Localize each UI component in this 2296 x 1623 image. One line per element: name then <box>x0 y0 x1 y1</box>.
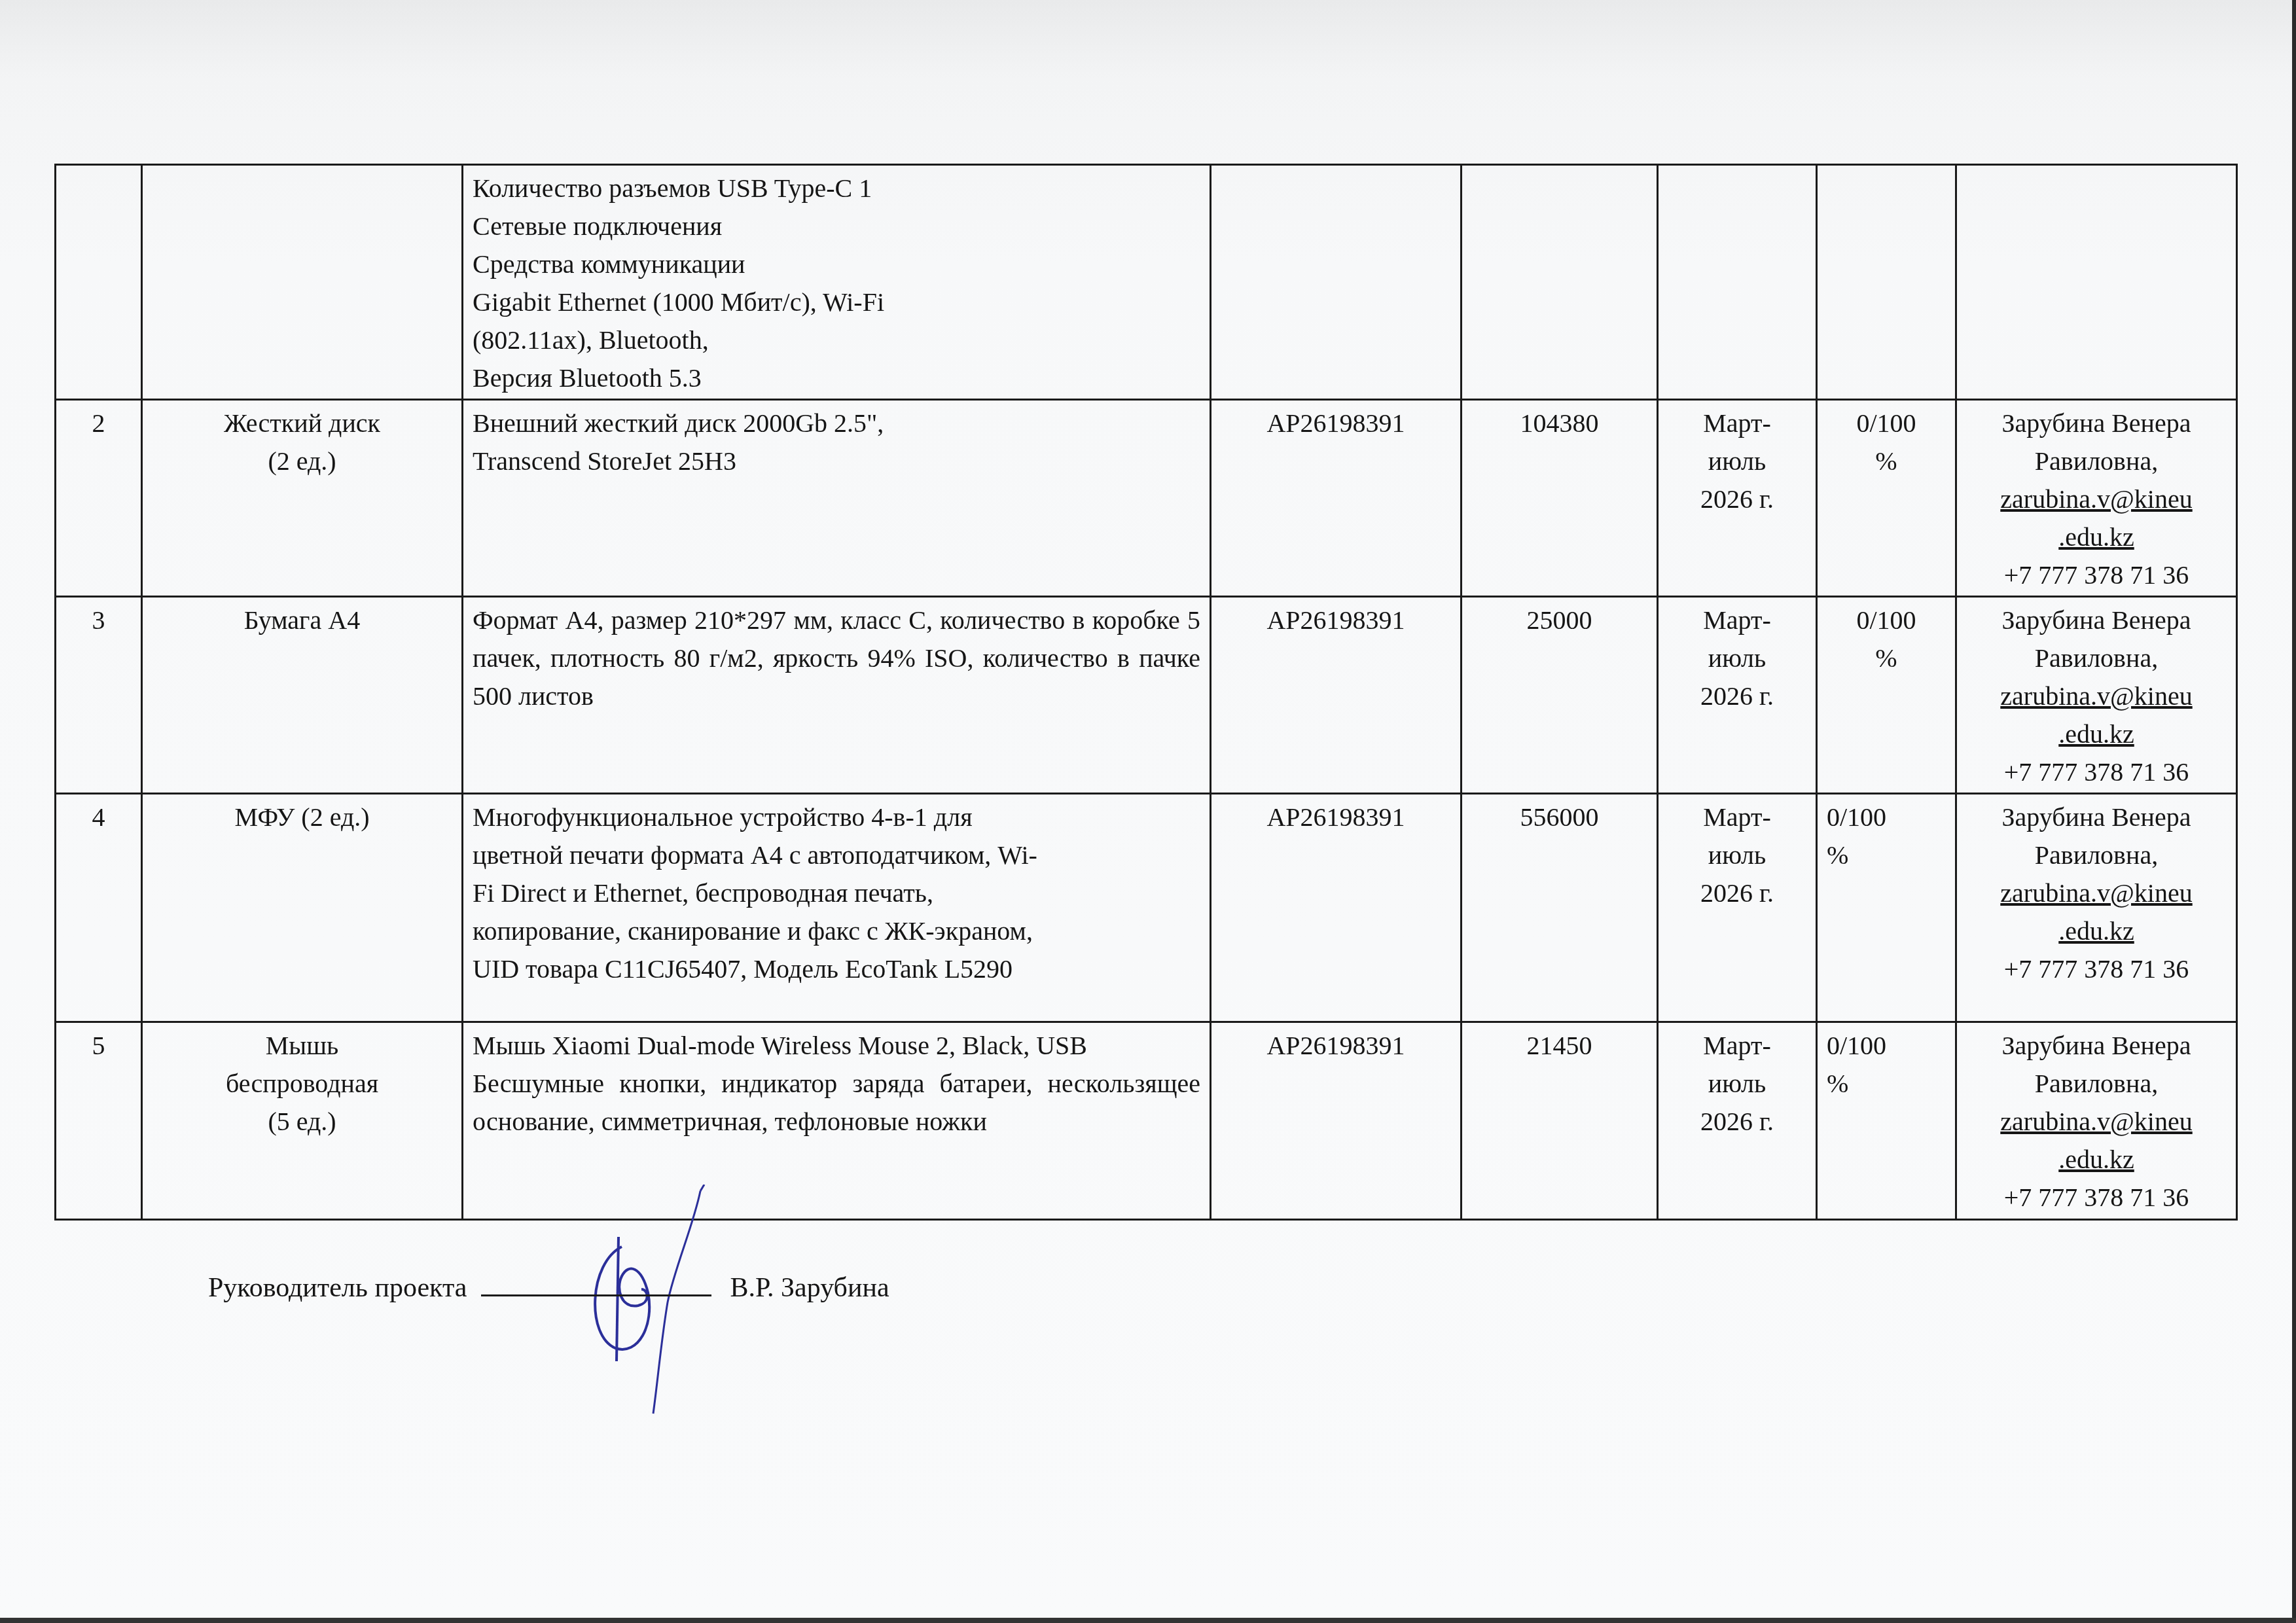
description-line: цветной печати формата А4 с автоподатчик… <box>473 836 1200 874</box>
term-line: 2026 г. <box>1668 1103 1806 1141</box>
term-line: Март- <box>1668 404 1806 442</box>
project-code-text: AP26198391 <box>1266 1031 1405 1060</box>
responsible-person: Зарубина ВенераРавиловна,zarubina.v@kine… <box>1956 1022 2237 1220</box>
table-row: Количество разъемов USB Type-C 1Сетевые … <box>56 165 2237 400</box>
percent-line: % <box>1827 639 1946 677</box>
item-description: Многофункциональное устройство 4-в-1 для… <box>463 794 1211 1022</box>
responsible-person: Зарубина ВенераРавиловна,zarubina.v@kine… <box>1956 400 2237 597</box>
scan-edge <box>2292 0 2296 1623</box>
item-description: Формат А4, размер 210*297 мм, класс С, к… <box>463 597 1211 794</box>
phone-number: +7 777 378 71 36 <box>1966 950 2227 988</box>
email-link[interactable]: zarubina.v@kineu <box>1966 480 2227 518</box>
term-line: Март- <box>1668 601 1806 639</box>
term <box>1658 165 1817 400</box>
responsible-person: Зарубина ВенераРавиловна,zarubina.v@kine… <box>1956 794 2237 1022</box>
description-line: UID товара C11CJ65407, Модель EcoTank L5… <box>473 950 1200 988</box>
description-line: Fi Direct и Ethernet, беспроводная печат… <box>473 874 1200 912</box>
project-code: AP26198391 <box>1211 400 1462 597</box>
term-line: 2026 г. <box>1668 480 1806 518</box>
scan-edge <box>0 1618 2296 1623</box>
description-line: (802.11ax), Bluetooth, <box>473 321 1200 359</box>
responsible-name-line: Равиловна, <box>1966 442 2227 480</box>
row-number-text: 2 <box>92 408 105 438</box>
description-line: Формат А4, размер 210*297 мм, класс С, к… <box>473 601 1200 715</box>
phone-number: +7 777 378 71 36 <box>1966 1179 2227 1217</box>
amount: 21450 <box>1462 1022 1658 1220</box>
project-code-text: AP26198391 <box>1266 605 1405 635</box>
signer-name: В.Р. Зарубина <box>730 1270 889 1306</box>
project-code: AP26198391 <box>1211 794 1462 1022</box>
percent: 0/100% <box>1817 794 1956 1022</box>
project-code <box>1211 165 1462 400</box>
term-line: июль <box>1668 836 1806 874</box>
percent-line: 0/100 <box>1827 1027 1946 1065</box>
table-row: 4МФУ (2 ед.)Многофункциональное устройст… <box>56 794 2237 1022</box>
item-name-line: Мышь <box>152 1027 452 1065</box>
percent-line: 0/100 <box>1827 404 1946 442</box>
percent-line: 0/100 <box>1827 798 1946 836</box>
row-number <box>56 165 142 400</box>
responsible-name-line: Зарубина Венера <box>1966 404 2227 442</box>
row-number-text: 4 <box>92 802 105 832</box>
description-line: Количество разъемов USB Type-C 1 <box>473 169 1200 207</box>
table-row: 2Жесткий диск(2 ед.)Внешний жесткий диск… <box>56 400 2237 597</box>
percent-line: % <box>1827 836 1946 874</box>
project-code: AP26198391 <box>1211 1022 1462 1220</box>
item-description: Внешний жесткий диск 2000Gb 2.5",Transce… <box>463 400 1211 597</box>
term-line: июль <box>1668 1065 1806 1103</box>
description-line: Бесшумные кнопки, индикатор заряда батар… <box>473 1065 1200 1141</box>
email-link[interactable]: .edu.kz <box>1966 715 2227 753</box>
term: Март-июль2026 г. <box>1658 597 1817 794</box>
item-name-line: (5 ед.) <box>152 1103 452 1141</box>
project-code: AP26198391 <box>1211 597 1462 794</box>
item-name: МФУ (2 ед.) <box>142 794 463 1022</box>
percent-line: % <box>1827 442 1946 480</box>
responsible-name-line: Зарубина Венера <box>1966 798 2227 836</box>
item-name: Жесткий диск(2 ед.) <box>142 400 463 597</box>
item-name-line: беспроводная <box>152 1065 452 1103</box>
description-line: копирование, сканирование и факс с ЖК-эк… <box>473 912 1200 950</box>
responsible-name-line: Равиловна, <box>1966 836 2227 874</box>
term-line: июль <box>1668 442 1806 480</box>
percent-line: 0/100 <box>1827 601 1946 639</box>
amount: 556000 <box>1462 794 1658 1022</box>
amount-text: 21450 <box>1527 1031 1592 1060</box>
item-name-line: Бумага А4 <box>152 601 452 639</box>
row-number: 4 <box>56 794 142 1022</box>
percent: 0/100% <box>1817 400 1956 597</box>
project-code-text: AP26198391 <box>1266 802 1405 832</box>
responsible-person: Зарубина ВенераРавиловна,zarubina.v@kine… <box>1956 597 2237 794</box>
percent: 0/100% <box>1817 1022 1956 1220</box>
email-link[interactable]: .edu.kz <box>1966 1141 2227 1179</box>
email-link[interactable]: zarubina.v@kineu <box>1966 677 2227 715</box>
procurement-table: Количество разъемов USB Type-C 1Сетевые … <box>54 164 2238 1221</box>
responsible-name-line: Равиловна, <box>1966 639 2227 677</box>
term-line: Март- <box>1668 798 1806 836</box>
table-row: 3Бумага А4Формат А4, размер 210*297 мм, … <box>56 597 2237 794</box>
amount <box>1462 165 1658 400</box>
item-name <box>142 165 463 400</box>
percent-line: % <box>1827 1065 1946 1103</box>
percent <box>1817 165 1956 400</box>
percent: 0/100% <box>1817 597 1956 794</box>
description-line: Версия Bluetooth 5.3 <box>473 359 1200 397</box>
term: Март-июль2026 г. <box>1658 794 1817 1022</box>
term-line: Март- <box>1668 1027 1806 1065</box>
description-line: Многофункциональное устройство 4-в-1 для <box>473 798 1200 836</box>
table-body: Количество разъемов USB Type-C 1Сетевые … <box>56 165 2237 1220</box>
row-number-text: 5 <box>92 1031 105 1060</box>
project-code-text: AP26198391 <box>1266 408 1405 438</box>
responsible-name-line: Равиловна, <box>1966 1065 2227 1103</box>
row-number: 3 <box>56 597 142 794</box>
responsible-name-line: Зарубина Венера <box>1966 1027 2227 1065</box>
item-description: Мышь Xiaomi Dual-mode Wireless Mouse 2, … <box>463 1022 1211 1220</box>
email-link[interactable]: .edu.kz <box>1966 912 2227 950</box>
amount-text: 556000 <box>1520 802 1599 832</box>
item-name-line: МФУ (2 ед.) <box>152 798 452 836</box>
item-name-line: (2 ед.) <box>152 442 452 480</box>
description-line: Gigabit Ethernet (1000 Мбит/с), Wi-Fi <box>473 283 1200 321</box>
phone-number: +7 777 378 71 36 <box>1966 556 2227 594</box>
amount: 104380 <box>1462 400 1658 597</box>
phone-number: +7 777 378 71 36 <box>1966 753 2227 791</box>
email-link[interactable]: zarubina.v@kineu <box>1966 1103 2227 1141</box>
description-line: Transcend StoreJet 25H3 <box>473 442 1200 480</box>
amount-text: 104380 <box>1520 408 1599 438</box>
responsible-name-line: Зарубина Венера <box>1966 601 2227 639</box>
term-line: июль <box>1668 639 1806 677</box>
email-link[interactable]: .edu.kz <box>1966 518 2227 556</box>
responsible-person <box>1956 165 2237 400</box>
term-line: 2026 г. <box>1668 874 1806 912</box>
description-line: Средства коммуникации <box>473 245 1200 283</box>
description-line: Мышь Xiaomi Dual-mode Wireless Mouse 2, … <box>473 1027 1200 1065</box>
row-number: 5 <box>56 1022 142 1220</box>
amount: 25000 <box>1462 597 1658 794</box>
term: Март-июль2026 г. <box>1658 400 1817 597</box>
scanned-page: Количество разъемов USB Type-C 1Сетевые … <box>0 0 2296 1623</box>
signature-block: Руководитель проектаВ.Р. Зарубина <box>208 1268 889 1306</box>
term-line: 2026 г. <box>1668 677 1806 715</box>
description-line: Внешний жесткий диск 2000Gb 2.5", <box>473 404 1200 442</box>
item-description: Количество разъемов USB Type-C 1Сетевые … <box>463 165 1211 400</box>
table-row: 5Мышьбеспроводная(5 ед.)Мышь Xiaomi Dual… <box>56 1022 2237 1220</box>
row-number-text: 3 <box>92 605 105 635</box>
email-link[interactable]: zarubina.v@kineu <box>1966 874 2227 912</box>
item-name: Бумага А4 <box>142 597 463 794</box>
row-number: 2 <box>56 400 142 597</box>
signature-line <box>481 1268 711 1296</box>
description-line: Сетевые подключения <box>473 207 1200 245</box>
signer-role: Руководитель проекта <box>208 1270 467 1306</box>
item-name-line: Жесткий диск <box>152 404 452 442</box>
term: Март-июль2026 г. <box>1658 1022 1817 1220</box>
item-name: Мышьбеспроводная(5 ед.) <box>142 1022 463 1220</box>
amount-text: 25000 <box>1527 605 1592 635</box>
